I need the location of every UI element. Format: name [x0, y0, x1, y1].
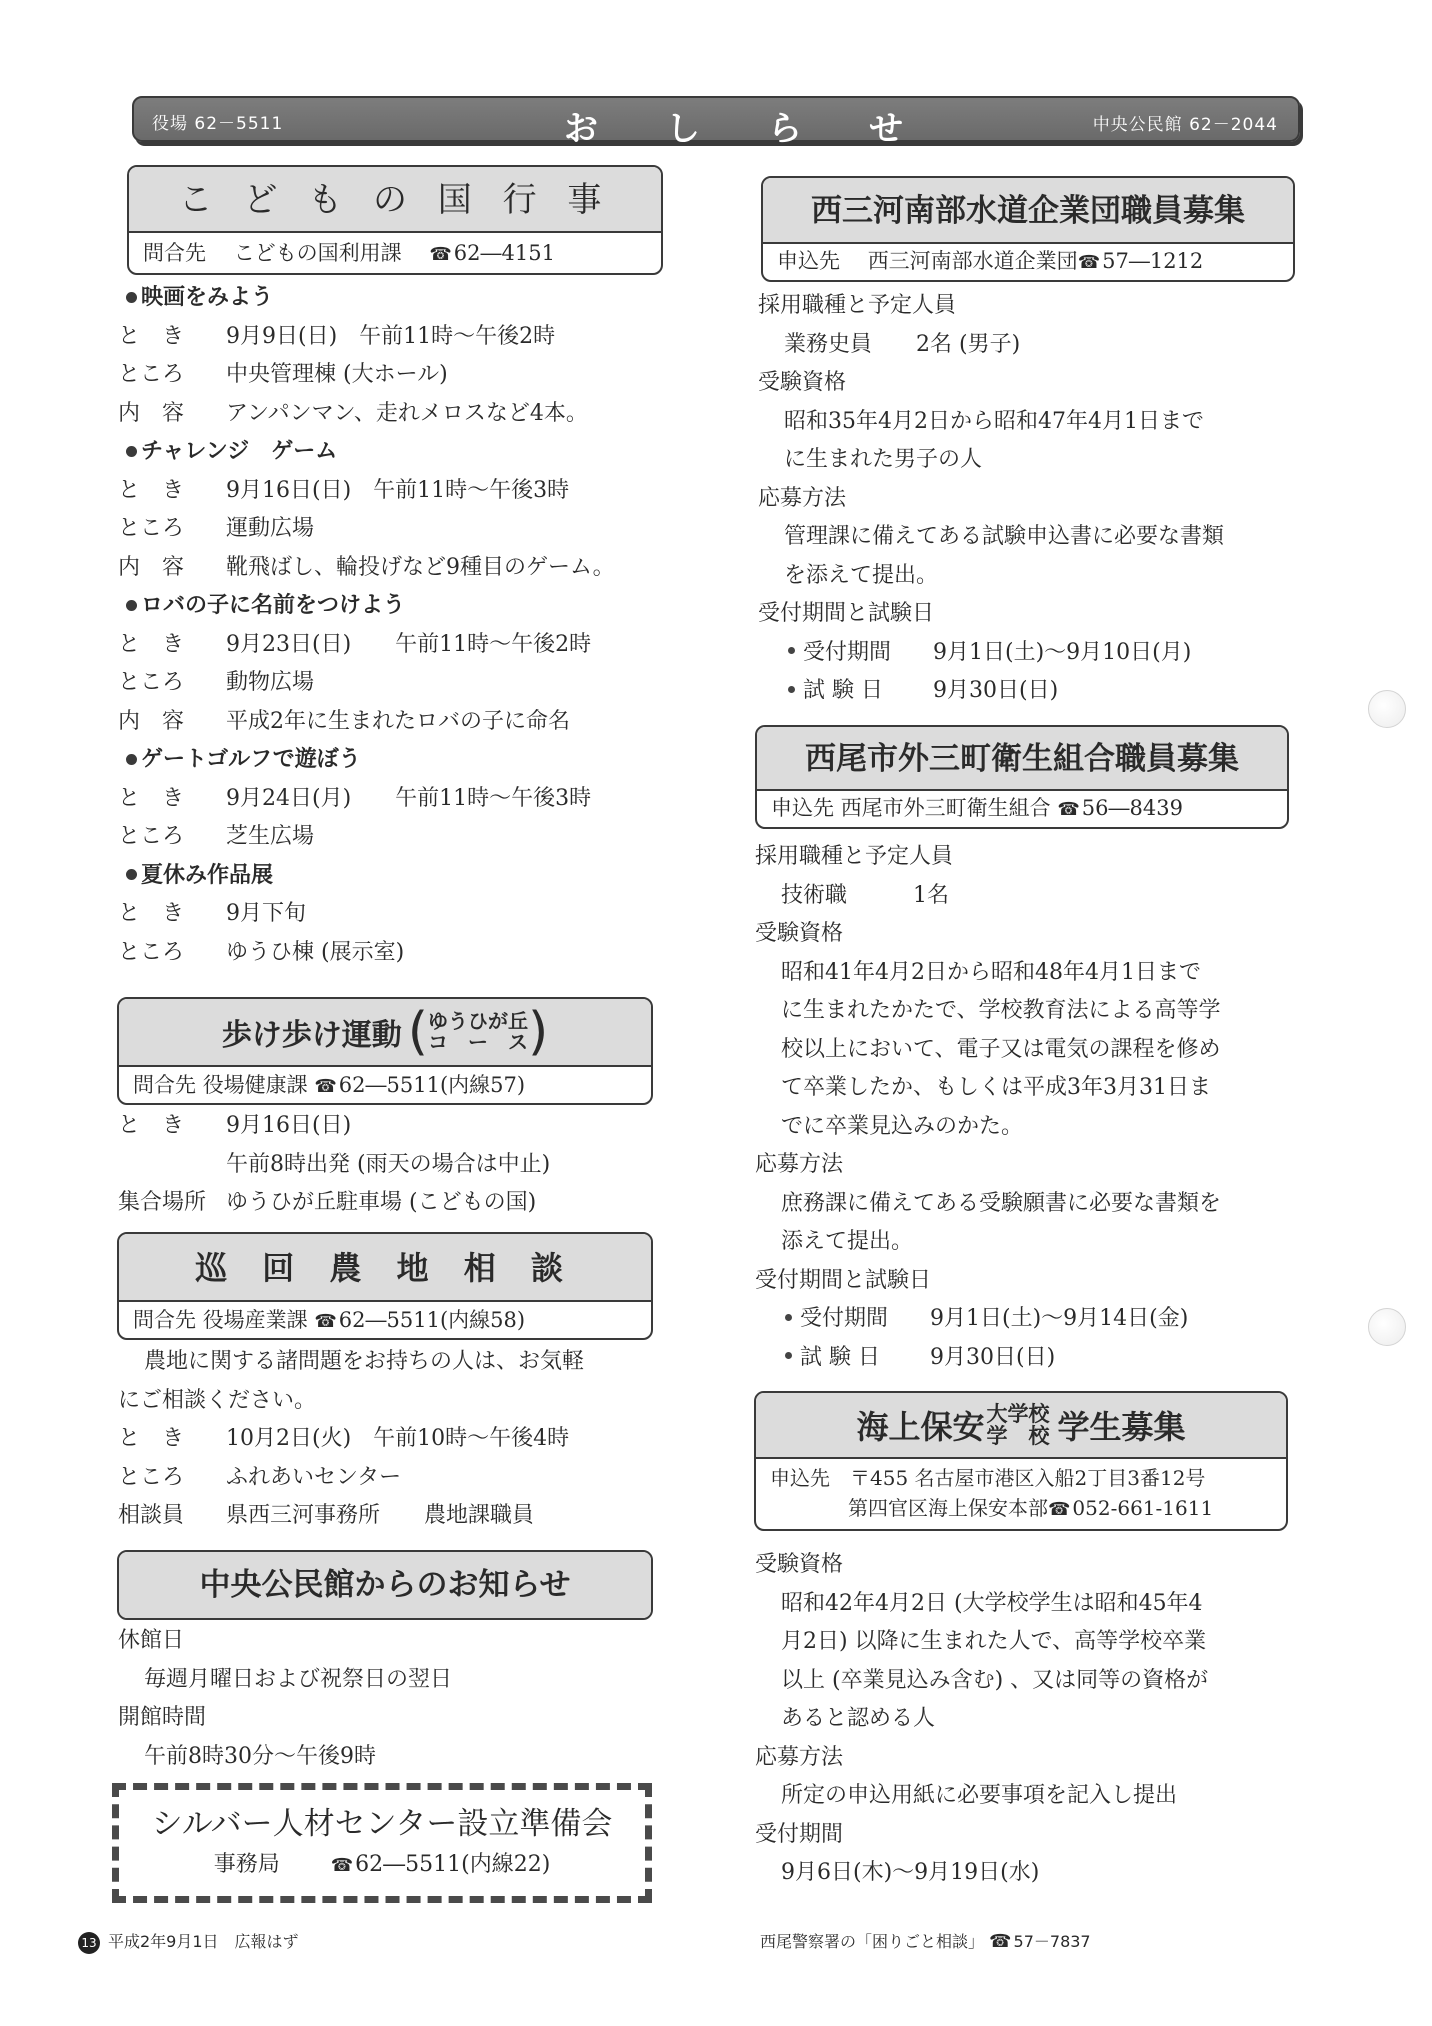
bullet-icon	[126, 446, 137, 457]
bullet-icon	[788, 686, 795, 693]
event-row: ところ芝生広場	[118, 818, 678, 857]
publication-date: 平成2年9月1日 広報はず	[108, 1932, 299, 1951]
contact-line: 申込先 〒455 名古屋市港区入船2丁目3番12号 第四官区海上保安本部052-…	[756, 1459, 1286, 1525]
eisei-section-header: 西尾市外三町衛生組合職員募集 申込先 西尾市外三町衛生組合 56―8439	[755, 725, 1289, 829]
silver-contact: 事務局 62―5511(内線22)	[119, 1847, 645, 1878]
silver-center-box: シルバー人材センター設立準備会 事務局 62―5511(内線22)	[112, 1783, 652, 1903]
section-title: こ ど も の 国 行 事	[129, 167, 661, 233]
water-details: 採用職種と予定人員 業務史員 2名 (男子) 受験資格 昭和35年4月2日から昭…	[758, 287, 1318, 711]
footer-left: 13平成2年9月1日 広報はず	[78, 1929, 299, 1954]
phone-icon	[1057, 796, 1081, 820]
event-heading: ゲートゴルフで遊ぼう	[118, 741, 678, 780]
bullet-icon	[785, 1314, 792, 1321]
bullet-icon	[126, 292, 137, 303]
bullet-icon	[126, 600, 137, 611]
walking-details: と き9月16日(日) 午前8時出発 (雨天の場合は中止) 集合場所ゆうひが丘駐…	[118, 1107, 678, 1223]
silver-title: シルバー人材センター設立準備会	[119, 1798, 645, 1843]
bullet-icon	[788, 647, 795, 654]
kominkan-section-header: 中央公民館からのお知らせ	[117, 1550, 653, 1620]
phone-icon	[314, 1308, 338, 1332]
event-row: ところ運動広場	[118, 510, 678, 549]
phone-icon	[1078, 249, 1102, 273]
section-title: 海上保安 大学校 学 校 学生募集	[756, 1393, 1286, 1459]
bullet-icon	[785, 1352, 792, 1359]
farm-details: 農地に関する諸問題をお持ちの人は、お気軽 にご相談ください。 と き10月2日(…	[118, 1343, 678, 1536]
section-title: 中央公民館からのお知らせ	[119, 1552, 651, 1618]
bullet-icon	[126, 754, 137, 765]
banner-title: おしらせ	[564, 101, 971, 150]
event-row: 内 容アンパンマン、走れメロスなど4本。	[118, 395, 678, 434]
section-title: 西尾市外三町衛生組合職員募集	[757, 727, 1287, 791]
event-row: と き9月23日(日) 午前11時～午後2時	[118, 626, 678, 665]
header-banner: 役場 62－5511 おしらせ 中央公民館 62－2044	[132, 96, 1300, 142]
event-row: ところ中央管理棟 (大ホール)	[118, 356, 678, 395]
phone-icon	[429, 241, 453, 265]
page-number: 13	[78, 1932, 100, 1954]
binder-hole	[1368, 690, 1406, 728]
contact-line: 問合先 こどもの国利用課 62―4151	[129, 233, 661, 275]
phone-icon	[989, 1932, 1013, 1951]
event-row: と き9月下旬	[118, 895, 678, 934]
event-heading: 映画をみよう	[118, 279, 678, 318]
event-row: ところゆうひ棟 (展示室)	[118, 934, 678, 973]
contact-line: 問合先 役場健康課 62―5511(内線57)	[119, 1067, 651, 1105]
phone-icon	[314, 1073, 338, 1097]
event-row: と き9月16日(日) 午前11時～午後3時	[118, 472, 678, 511]
event-heading: チャレンジ ゲーム	[118, 433, 678, 472]
kodomo-events: 映画をみよう と き9月9日(日) 午前11時～午後2時 ところ中央管理棟 (大…	[118, 279, 678, 972]
event-row: と き9月9日(日) 午前11時～午後2時	[118, 318, 678, 357]
event-heading: ロバの子に名前をつけよう	[118, 587, 678, 626]
eisei-details: 採用職種と予定人員 技術職 1名 受験資格 昭和41年4月2日から昭和48年4月…	[755, 838, 1315, 1377]
water-section-header: 西三河南部水道企業団職員募集 申込先 西三河南部水道企業団57―1212	[761, 176, 1295, 282]
event-heading: 夏休み作品展	[118, 857, 678, 896]
walking-section-header: 歩け歩け運動 ( ゆうひが丘 コ ー ス ) 問合先 役場健康課 62―5511…	[117, 997, 653, 1105]
footer-right: 西尾警察署の「困りごと相談」 57－7837	[760, 1929, 1091, 1952]
event-row: 内 容平成2年に生まれたロバの子に命名	[118, 703, 678, 742]
event-row: 内 容靴飛ばし、輪投げなど9種目のゲーム。	[118, 549, 678, 588]
binder-hole	[1368, 1308, 1406, 1346]
contact-line: 申込先 西尾市外三町衛生組合 56―8439	[757, 791, 1287, 827]
kominkan-details: 休館日 毎週月曜日および祝祭日の翌日 開館時間 午前8時30分～午後9時	[118, 1622, 678, 1776]
coastguard-section-header: 海上保安 大学校 学 校 学生募集 申込先 〒455 名古屋市港区入船2丁目3番…	[754, 1391, 1288, 1531]
section-title: 西三河南部水道企業団職員募集	[763, 178, 1293, 244]
farm-section-header: 巡 回 農 地 相 談 問合先 役場産業課 62―5511(内線58)	[117, 1232, 653, 1340]
community-center-phone: 中央公民館 62－2044	[1093, 110, 1278, 135]
contact-line: 申込先 西三河南部水道企業団57―1212	[763, 244, 1293, 280]
bullet-icon	[126, 869, 137, 880]
coastguard-details: 受験資格 昭和42年4月2日 (大学校学生は昭和45年4 月2日) 以降に生まれ…	[755, 1546, 1315, 1893]
event-row: と き9月24日(月) 午前11時～午後3時	[118, 780, 678, 819]
town-office-phone: 役場 62－5511	[152, 109, 283, 134]
event-row: ところ動物広場	[118, 664, 678, 703]
contact-line: 問合先 役場産業課 62―5511(内線58)	[119, 1302, 651, 1340]
section-title: 巡 回 農 地 相 談	[119, 1234, 651, 1302]
phone-icon	[331, 1852, 355, 1877]
phone-icon	[1048, 1496, 1072, 1520]
section-title: 歩け歩け運動 ( ゆうひが丘 コ ー ス )	[119, 999, 651, 1067]
kodomo-section-header: こ ど も の 国 行 事 問合先 こどもの国利用課 62―4151	[127, 165, 663, 275]
